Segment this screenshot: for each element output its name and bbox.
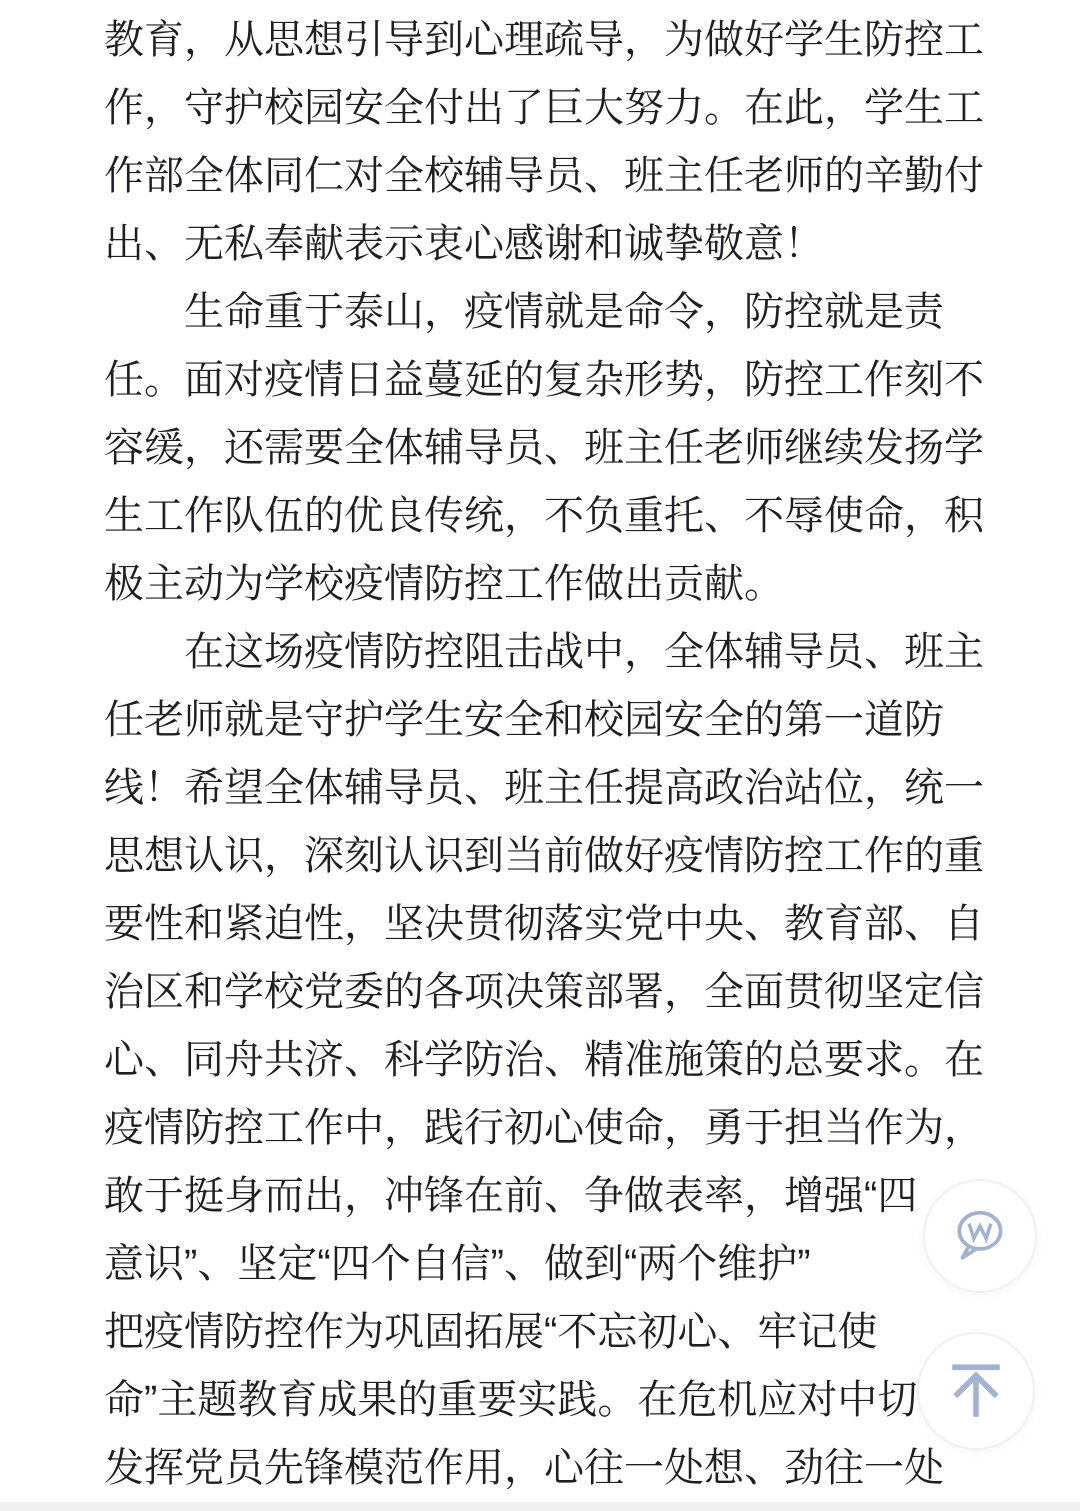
text-line: 任。面对疫情日益蔓延的复杂形势，防控工作刻不 [104,346,984,414]
text-line: 容缓，还需要全体辅导员、班主任老师继续发扬学 [104,414,984,482]
text-line: 任老师就是守护学生安全和校园安全的第一道防 [104,686,984,754]
text-line: 意识”、坚定“四个自信”、做到“两个维护” [104,1230,984,1298]
bottom-edge-bar [0,1502,1080,1511]
text-line: 敢于挺身而出，冲锋在前、争做表率，增强“四 [104,1162,984,1230]
text-line: 生工作队伍的优良传统，不负重托、不辱使命，积 [104,482,984,550]
text-line: 线！希望全体辅导员、班主任提高政治站位，统一 [104,754,984,822]
text-line: 把疫情防控作为巩固拓展“不忘初心、牢记使 [104,1298,984,1366]
text-line: 思想认识，深刻认识到当前做好疫情防控工作的重 [104,822,984,890]
text-line: 要性和紧迫性，坚决贯彻落实党中央、教育部、自 [104,890,984,958]
text-line: 作，守护校园安全付出了巨大努力。在此，学生工 [104,74,984,142]
article-text: 教育，从思想引导到心理疏导，为做好学生防控工作，守护校园安全付出了巨大努力。在此… [104,6,984,1502]
text-line: 在这场疫情防控阻击战中，全体辅导员、班主 [104,618,984,686]
text-line: 命”主题教育成果的重要实践。在危机应对中切 [104,1366,984,1434]
comment-button[interactable] [923,1179,1037,1293]
back-to-top-arrow-icon [945,1360,1007,1422]
back-to-top-button[interactable] [917,1332,1035,1450]
text-line: 生命重于泰山，疫情就是命令，防控就是责 [104,278,984,346]
text-line: 疫情防控工作中，践行初心使命，勇于担当作为， [104,1094,984,1162]
text-line: 教育，从思想引导到心理疏导，为做好学生防控工 [104,6,984,74]
text-line: 心、同舟共济、科学防治、精准施策的总要求。在 [104,1026,984,1094]
text-line: 极主动为学校疫情防控工作做出贡献。 [104,550,984,618]
text-line: 发挥党员先锋模范作用，心往一处想、劲往一处 [104,1434,984,1502]
text-line: 出、无私奉献表示衷心感谢和诚挚敬意！ [104,210,984,278]
speech-bubble-w-icon [949,1205,1011,1267]
article-page: 教育，从思想引导到心理疏导，为做好学生防控工作，守护校园安全付出了巨大努力。在此… [0,0,1080,1511]
text-line: 作部全体同仁对全校辅导员、班主任老师的辛勤付 [104,142,984,210]
text-line: 治区和学校党委的各项决策部署，全面贯彻坚定信 [104,958,984,1026]
